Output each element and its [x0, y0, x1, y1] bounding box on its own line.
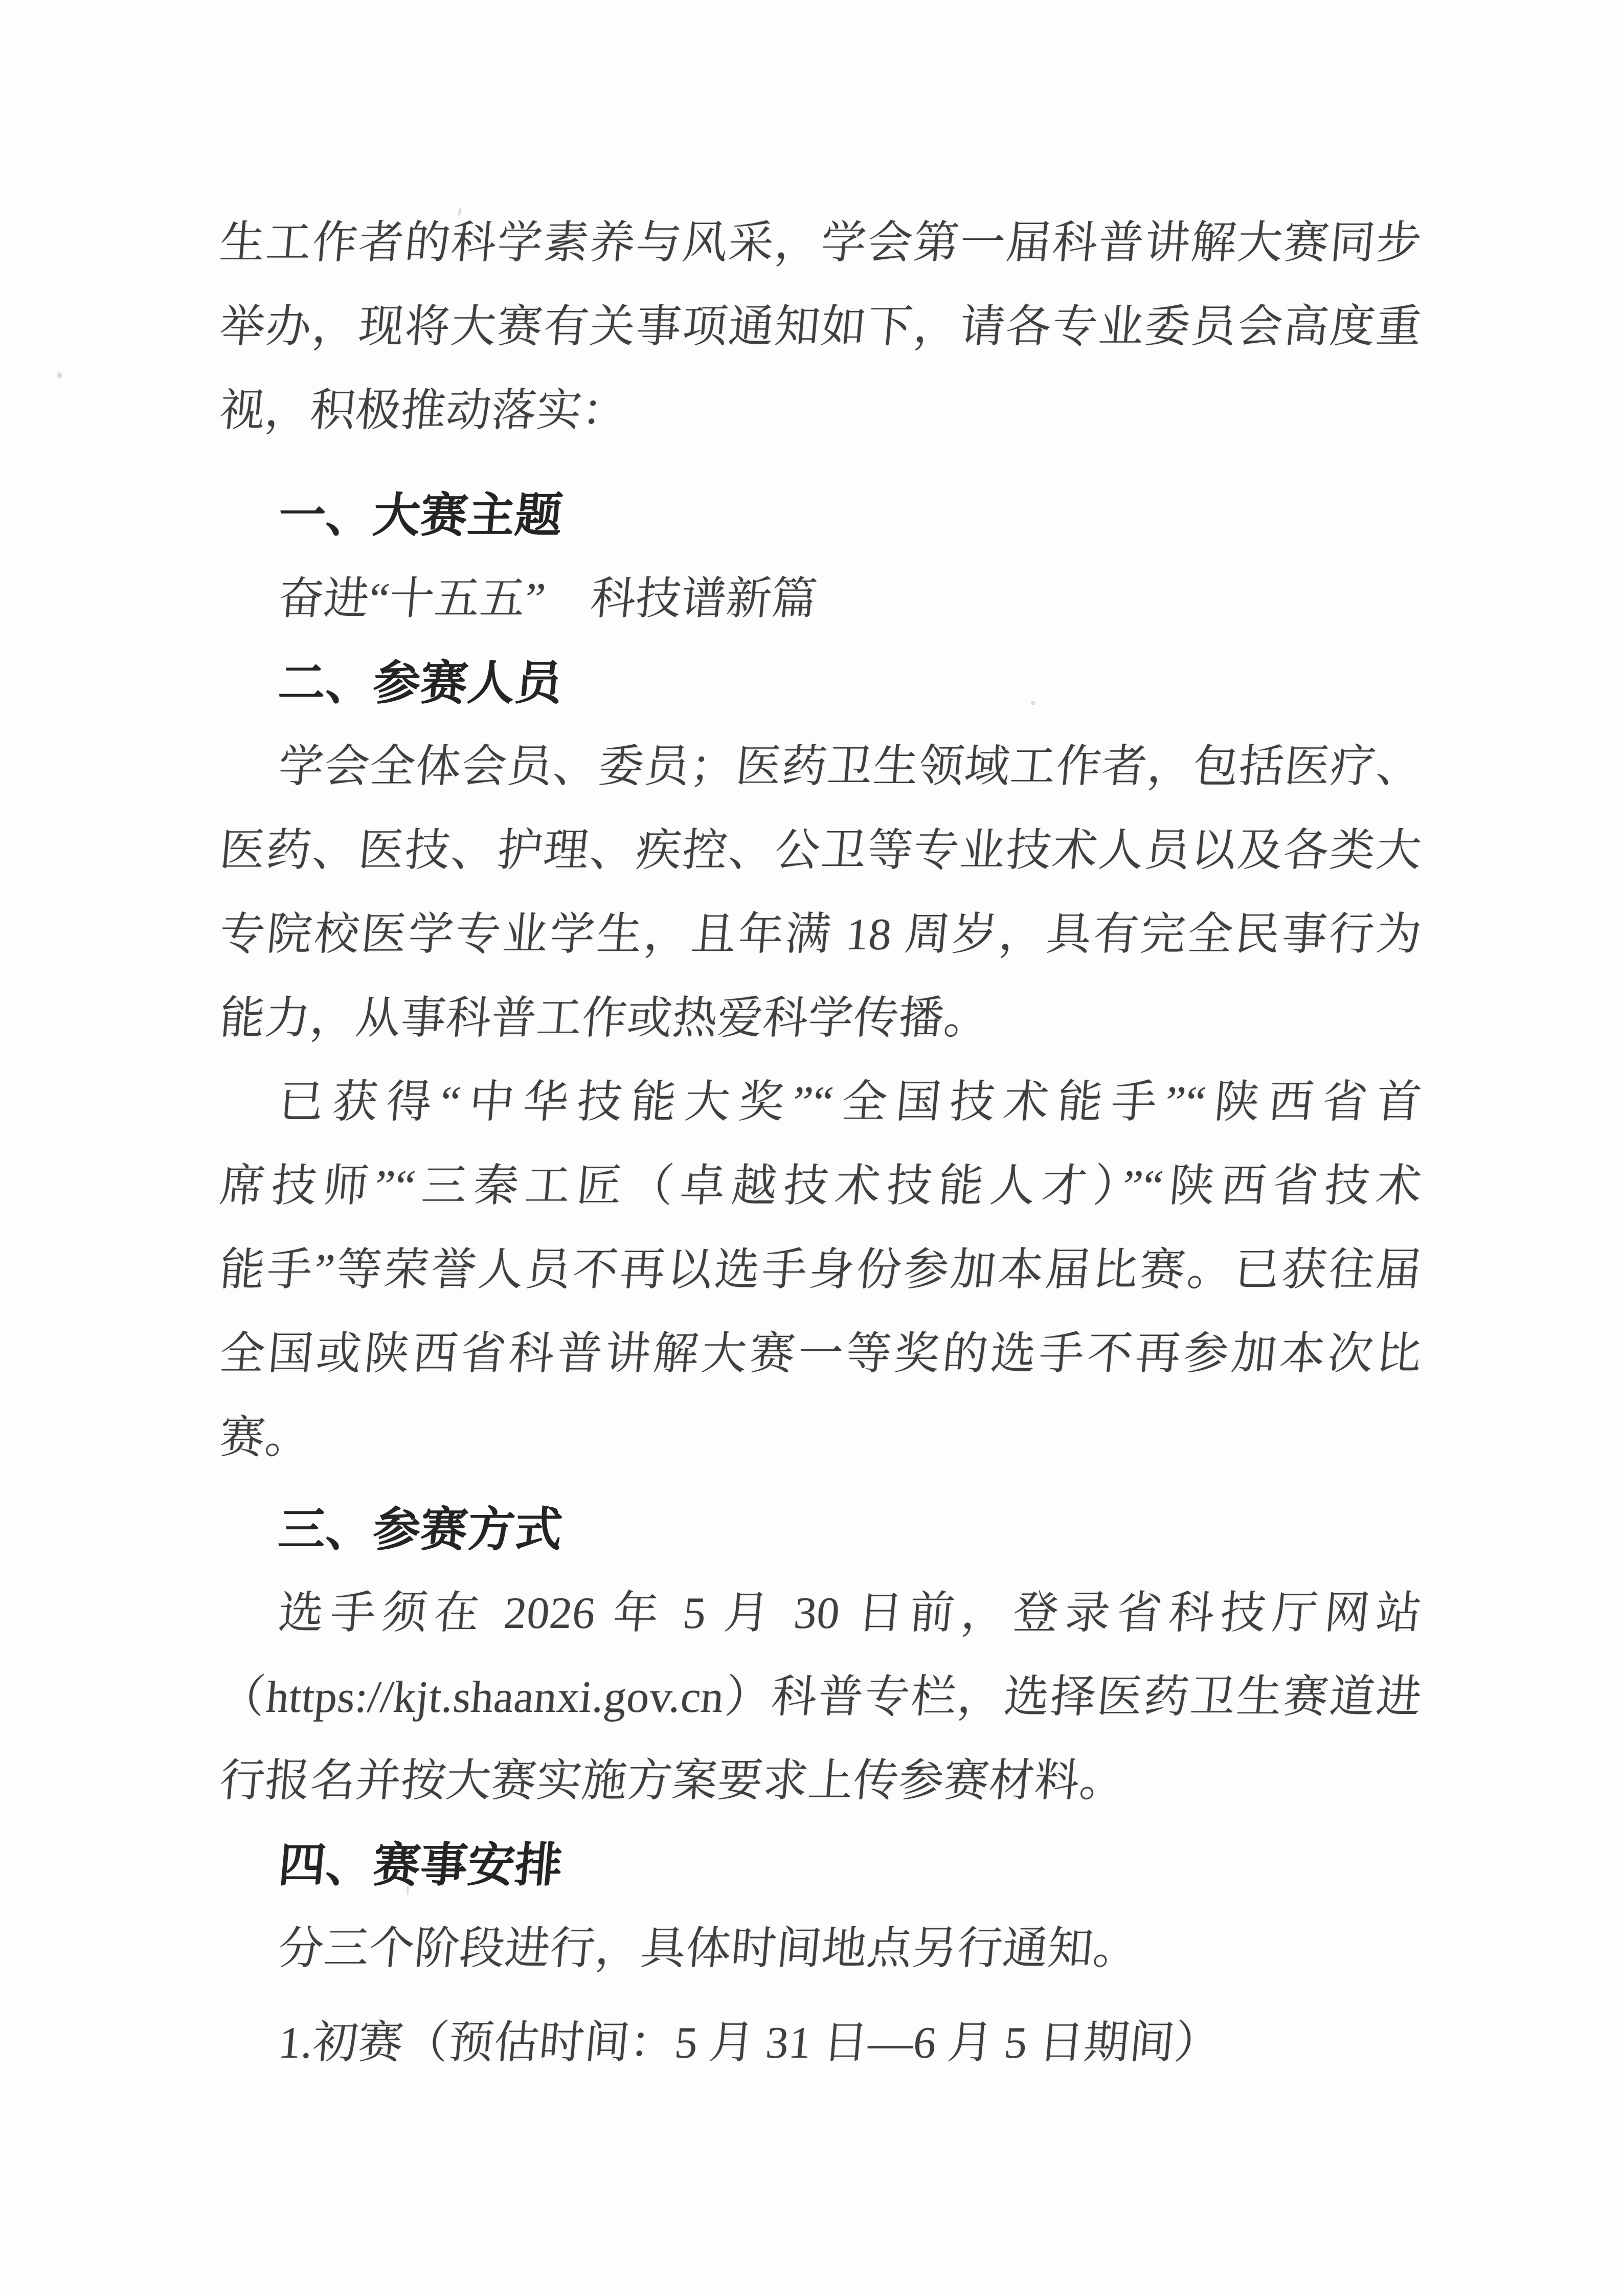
scan-speck: [407, 1885, 409, 1896]
doc-line: （https://kjt.shaanxi.gov.cn）科普专栏，选择医药卫生赛…: [216, 1656, 1425, 1740]
doc-line: 分三个阶段进行，具体时间地点另行通知。: [216, 1907, 1425, 1991]
doc-line: 视，积极推动落实：: [216, 369, 1425, 453]
doc-line: 选手须在 2026 年 5 月 30 日前，登录省科技厅网站: [216, 1572, 1425, 1656]
scan-speck: [57, 372, 62, 378]
doc-line: 奋进“十五五” 科技谱新篇: [216, 558, 1425, 641]
scan-speck: [1031, 701, 1035, 705]
doc-line: 能力，从事科普工作或热爱科学传播。: [216, 977, 1425, 1061]
doc-line: 生工作者的科学素养与风采，学会第一届科普讲解大赛同步: [216, 202, 1425, 285]
section-heading: 三、参赛方式: [216, 1488, 1425, 1572]
document-text-block: 生工作者的科学素养与风采，学会第一届科普讲解大赛同步 举办，现将大赛有关事项通知…: [220, 202, 1422, 2085]
doc-line: 已获得“中华技能大奖”“全国技术能手”“陕西省首: [216, 1061, 1425, 1145]
section-heading: 二、参赛人员: [216, 641, 1425, 725]
doc-line: 举办，现将大赛有关事项通知如下，请各专业委员会高度重: [216, 285, 1425, 369]
doc-line: 学会全体会员、委员；医药卫生领域工作者，包括医疗、: [216, 725, 1425, 809]
doc-line: 能手”等荣誉人员不再以选手身份参加本届比赛。已获往届: [216, 1229, 1425, 1312]
doc-line: 行报名并按大赛实施方案要求上传参赛材料。: [216, 1740, 1425, 1823]
doc-line: 专院校医学专业学生，且年满 18 周岁，具有完全民事行为: [216, 893, 1425, 977]
doc-line: 全国或陕西省科普讲解大赛一等奖的选手不再参加本次比: [216, 1312, 1425, 1396]
doc-line: 赛。: [216, 1396, 1425, 1480]
doc-line: 席技师”“三秦工匠（卓越技术技能人才）”“陕西省技术: [216, 1145, 1425, 1229]
scanned-notice-page: 生工作者的科学素养与风采，学会第一届科普讲解大赛同步 举办，现将大赛有关事项通知…: [0, 0, 1623, 2296]
section-heading: 一、大赛主题: [216, 474, 1425, 558]
section-heading: 四、赛事安排: [216, 1823, 1425, 1907]
doc-line: 1.初赛（预估时间：5 月 31 日—6 月 5 日期间）: [216, 2001, 1425, 2085]
doc-line: 医药、医技、护理、疾控、公卫等专业技术人员以及各类大: [216, 809, 1425, 893]
